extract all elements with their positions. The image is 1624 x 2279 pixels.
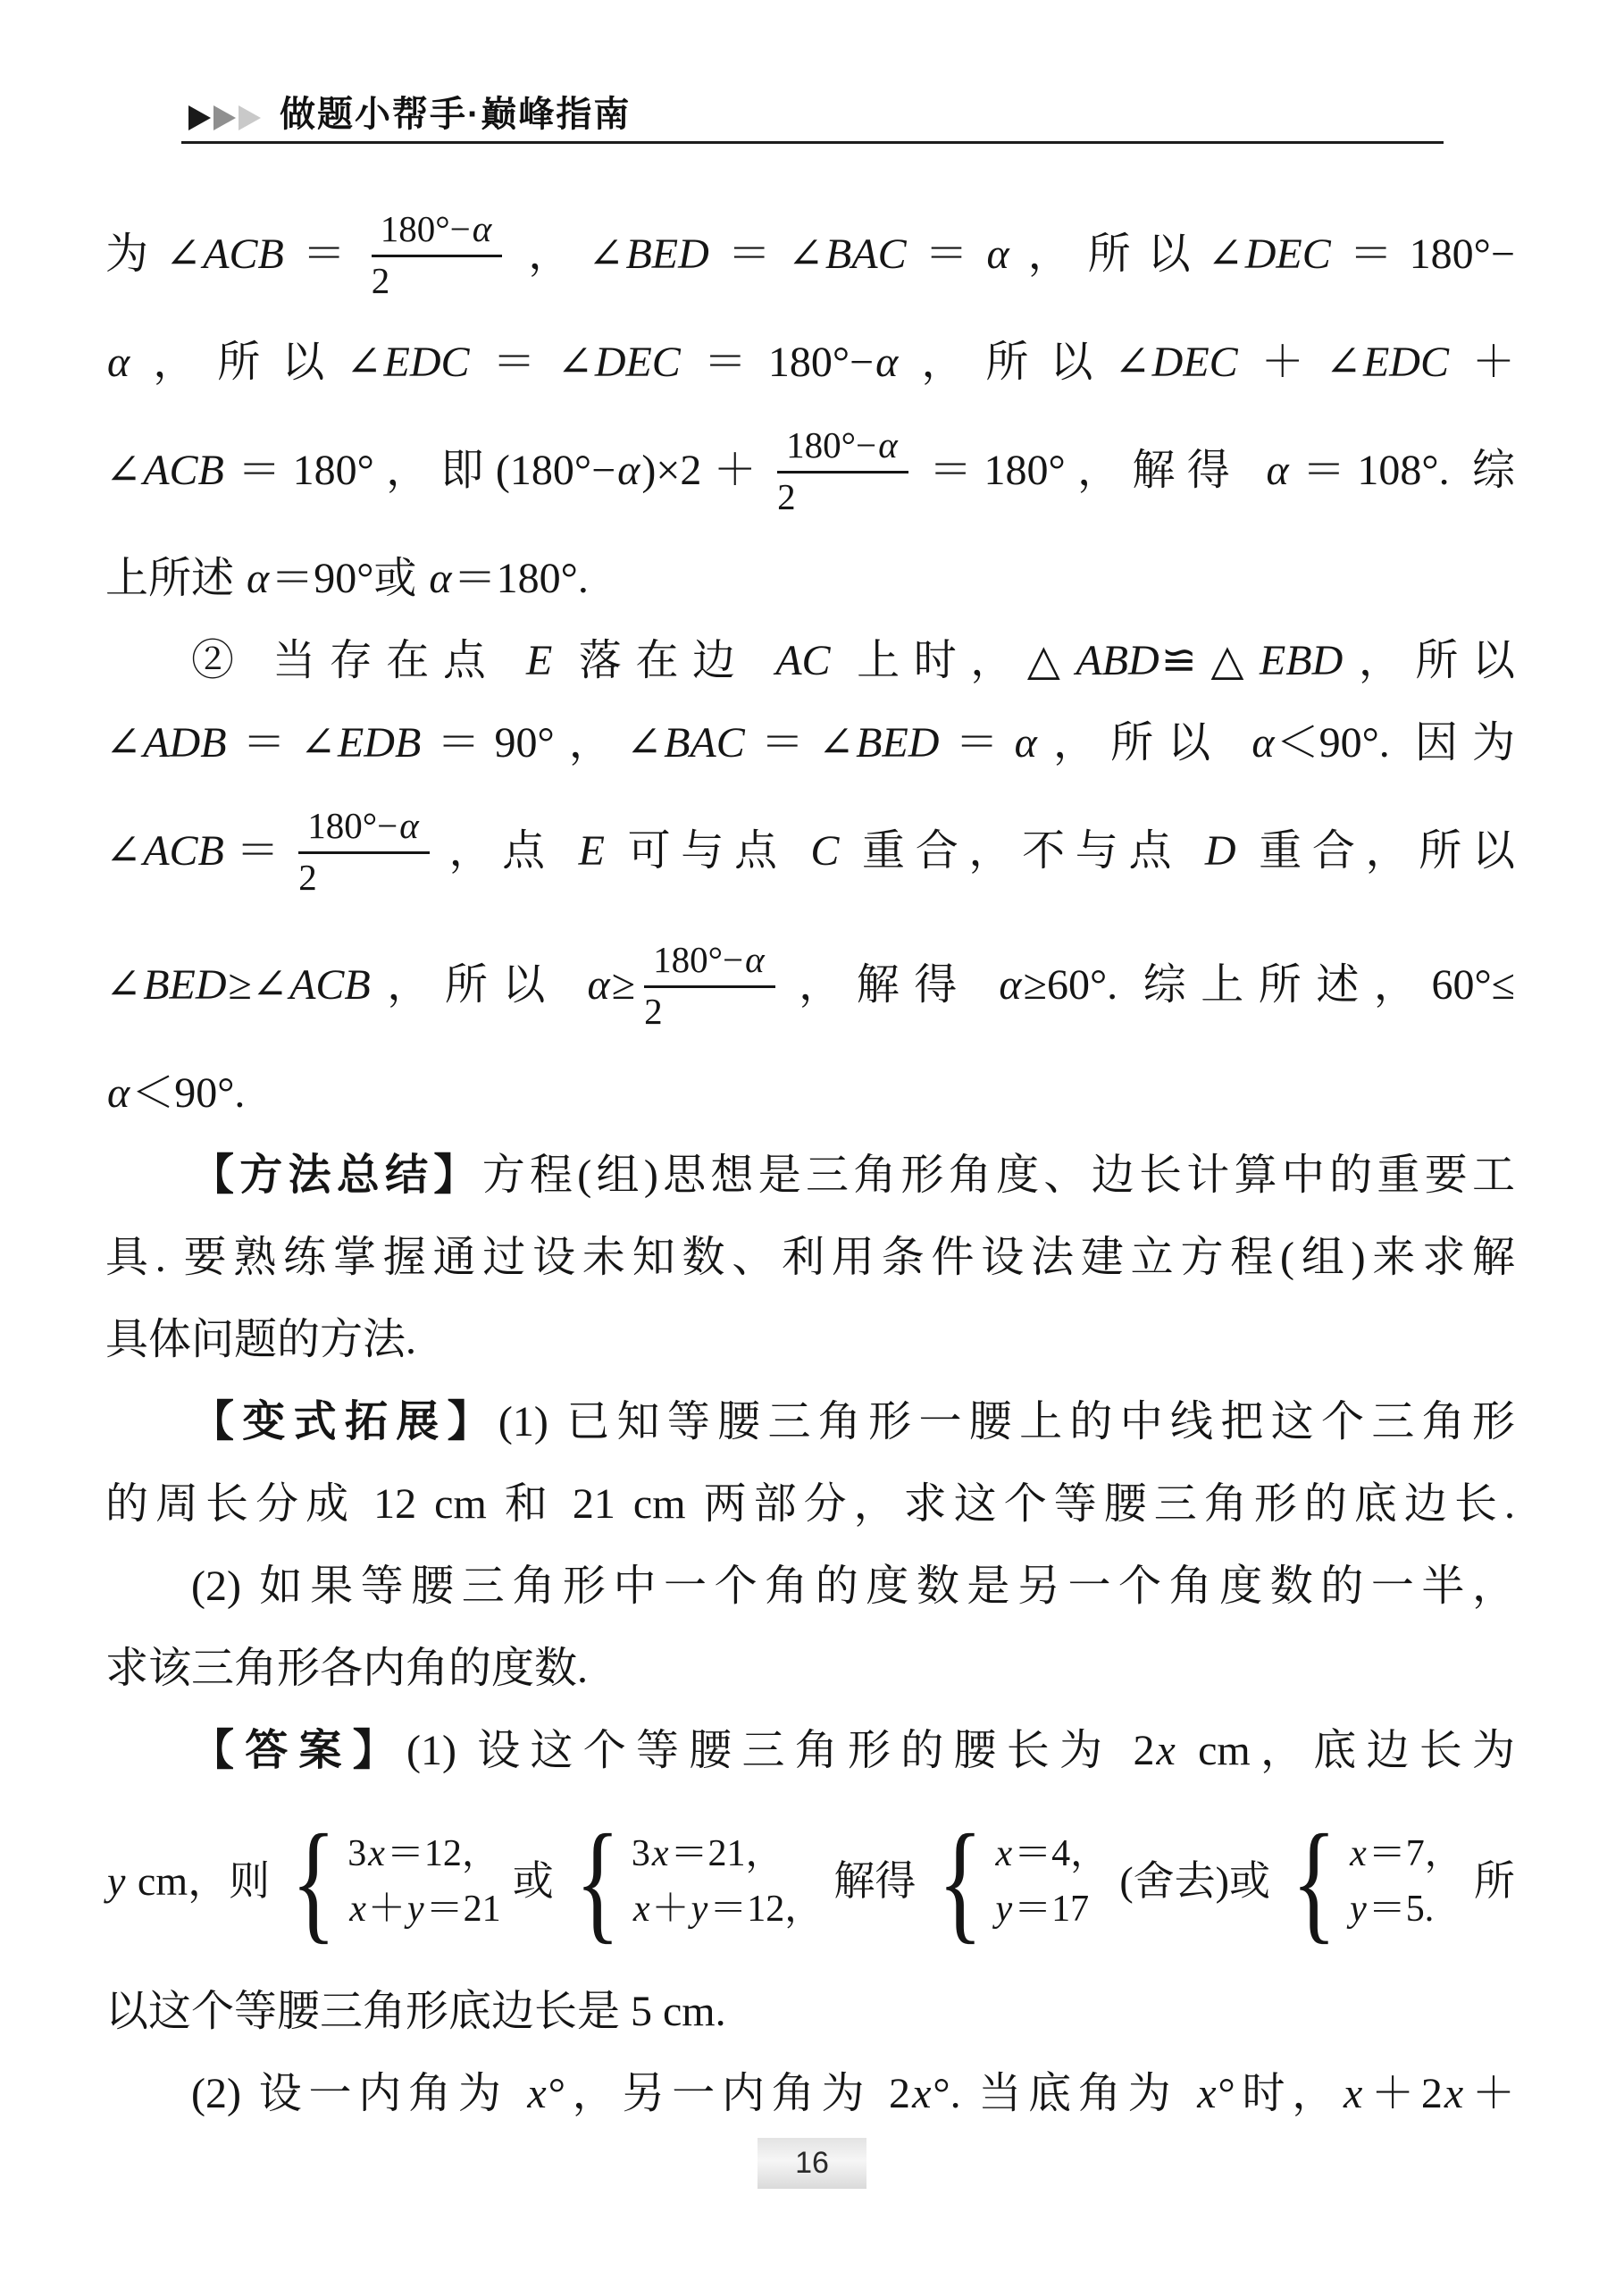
- text-segment: (2) 设一内角为 x°，另一内角为 2x°. 当底角为 x°时，x＋2x＋: [191, 2070, 1515, 2117]
- math-var: α: [471, 208, 494, 249]
- brace-icon: {: [291, 1822, 336, 1942]
- brace-icon: {: [1292, 1822, 1336, 1942]
- text-line-4: 上所述 α＝90°或 α＝180°.: [105, 538, 1515, 620]
- math-var: α: [874, 339, 900, 386]
- text-segment: ∠ADB＝∠EDB＝90°，∠BAC＝∠BED＝α，所以 α＜90°. 因为: [105, 719, 1515, 767]
- text-line-17: 【答案】(1) 设这个等腰三角形的腰长为 2x cm，底边长为: [105, 1710, 1515, 1792]
- math-var: x: [1195, 2070, 1218, 2117]
- fraction-denominator: 2: [372, 257, 503, 301]
- text-segment: 方程(组)思想是三角形角度、边长计算中的重要工: [482, 1152, 1515, 1199]
- text-line-15: (2) 如果等腰三角形中一个角的度数是另一个角度数的一半，: [105, 1546, 1515, 1628]
- text-segment: (1) 设这个等腰三角形的腰长为 2x cm，底边长为: [406, 1727, 1515, 1774]
- math-fraction: 180°−α2: [644, 938, 775, 1032]
- text-line-13: 【变式拓展】(1) 已知等腰三角形一腰上的中线把这个三角形: [105, 1381, 1515, 1463]
- page-header: 做题小帮手·巅峰指南: [0, 0, 1624, 145]
- math-var: E: [577, 827, 607, 875]
- math-var: EDB: [336, 719, 423, 767]
- text-line-14: 的周长分成 12 cm 和 21 cm 两部分，求这个等腰三角形的底边长.: [105, 1463, 1515, 1546]
- math-var: ADB: [141, 719, 228, 767]
- math-var: x: [347, 1889, 368, 1930]
- math-var: x: [650, 1833, 671, 1874]
- math-var: α: [1264, 447, 1290, 494]
- math-var: α: [1013, 719, 1039, 767]
- math-var: α: [105, 339, 131, 386]
- equation-row: x＋y＝12，: [632, 1889, 822, 1930]
- math-fraction: 180°−α2: [372, 207, 503, 301]
- fraction-numerator: 180°−α: [777, 423, 908, 473]
- math-var: BED: [141, 961, 228, 1009]
- math-var: EDC: [1361, 339, 1451, 386]
- math-var: α: [427, 555, 453, 602]
- math-var: C: [808, 827, 841, 875]
- math-var: DEC: [593, 339, 682, 386]
- equation-row: x＋y＝21: [347, 1889, 500, 1930]
- page-number-badge: 16: [758, 2138, 866, 2189]
- equation-row: 3x＝21，: [632, 1833, 822, 1874]
- math-var: BAC: [824, 230, 908, 278]
- text-segment: α，所以∠EDC＝∠DEC＝180°−α，所以∠DEC＋∠EDC＋: [105, 339, 1515, 386]
- math-var: y: [406, 1889, 426, 1930]
- math-var: DEC: [1243, 230, 1333, 278]
- text-segment: 具. 要熟练掌握通过设未知数、利用条件设法建立方程(组)来求解: [105, 1234, 1515, 1281]
- math-var: α: [245, 555, 271, 602]
- text-line-2: α，所以∠EDC＝∠DEC＝180°−α，所以∠DEC＋∠EDC＋: [105, 322, 1515, 404]
- text-segment: α＜90°.: [105, 1069, 245, 1117]
- header-arrows-icon: [188, 105, 264, 130]
- text-line-12: 具体问题的方法.: [105, 1299, 1515, 1381]
- text-line-8: ∠BED≥∠ACB，所以 α≥180°−α2，解得 α≥60°. 综上所述，60…: [105, 918, 1515, 1052]
- math-var: AC: [774, 637, 832, 684]
- header-rule: [181, 141, 1444, 144]
- section-label: 【变式拓展】: [191, 1398, 498, 1445]
- text-line-20: (2) 设一内角为 x°，另一内角为 2x°. 当底角为 x°时，x＋2x＋: [105, 2053, 1515, 2135]
- math-var: α: [876, 424, 900, 465]
- math-var: x: [1342, 2070, 1364, 2117]
- text-segment: (舍去)或: [1119, 1840, 1270, 1923]
- section-label: 【答案】: [191, 1727, 406, 1774]
- book-page: 做题小帮手·巅峰指南 为∠ACB＝180°−α2，∠BED＝∠BAC＝α，所以∠…: [0, 0, 1624, 2279]
- math-var: α: [1250, 719, 1276, 767]
- text-segment: ，点 E 可与点 C 重合，不与点 D 重合，所以: [439, 827, 1515, 875]
- fraction-denominator: 2: [644, 988, 775, 1032]
- math-var: y: [690, 1889, 710, 1930]
- text-line-6: ∠ADB＝∠EDB＝90°，∠BAC＝∠BED＝α，所以 α＜90°. 因为: [105, 702, 1515, 784]
- text-segment: ＝180°，解得 α＝108°. 综: [917, 447, 1515, 494]
- text-line-16: 求该三角形各内角的度数.: [105, 1628, 1515, 1710]
- fraction-denominator: 2: [298, 854, 430, 898]
- text-segment: ② 当存在点 E 落在边 AC 上时，△ABD≌△EBD，所以: [191, 637, 1515, 684]
- equation-row: x＝4，: [994, 1833, 1109, 1874]
- page-number: 16: [795, 2146, 829, 2181]
- equation-rows: 3x＝12，x＋y＝21: [347, 1833, 500, 1930]
- math-var: ACB: [201, 230, 286, 278]
- text-segment: ，解得 α≥60°. 综上所述，60°≤: [784, 961, 1515, 1009]
- math-var: ABD: [1074, 637, 1160, 684]
- equation-row: x＝7，: [1348, 1833, 1462, 1874]
- math-var: DEC: [1151, 339, 1240, 386]
- text-segment: 所: [1474, 1840, 1515, 1923]
- math-var: EDC: [382, 339, 472, 386]
- equation-rows: x＝7，y＝5.: [1348, 1833, 1462, 1930]
- text-segment: 的周长分成 12 cm 和 21 cm 两部分，求这个等腰三角形的底边长.: [105, 1480, 1515, 1528]
- text-line-5: ② 当存在点 E 落在边 AC 上时，△ABD≌△EBD，所以: [105, 620, 1515, 702]
- math-var: x: [994, 1833, 1015, 1874]
- math-var: BAC: [662, 719, 747, 767]
- equation-system: {3x＝12，x＋y＝21: [281, 1822, 500, 1942]
- text-line-18: y cm，则{3x＝12，x＋y＝21或{3x＝21，x＋y＝12，解得{x＝4…: [105, 1792, 1515, 1971]
- math-var: ACB: [141, 447, 226, 494]
- arrow-triangle-icon: [239, 105, 261, 130]
- math-var: y: [994, 1889, 1015, 1930]
- math-var: α: [105, 1069, 131, 1117]
- equation-rows: 3x＝21，x＋y＝12，: [632, 1833, 822, 1930]
- math-var: EBD: [1258, 637, 1344, 684]
- math-var: x: [525, 2070, 548, 2117]
- text-segment: y cm，则: [105, 1840, 270, 1923]
- text-line-7: ∠ACB＝180°−α2，点 E 可与点 C 重合，不与点 D 重合，所以: [105, 784, 1515, 918]
- text-segment: 具体问题的方法.: [105, 1316, 416, 1363]
- fraction-denominator: 2: [777, 473, 908, 517]
- text-line-10: 【方法总结】方程(组)思想是三角形角度、边长计算中的重要工: [105, 1135, 1515, 1217]
- text-line-19: 以这个等腰三角形底边长是 5 cm.: [105, 1971, 1515, 2053]
- math-fraction: 180°−α2: [777, 423, 908, 517]
- fraction-numerator: 180°−α: [372, 207, 503, 257]
- math-var: x: [1155, 1727, 1177, 1774]
- text-line-1: 为∠ACB＝180°−α2，∠BED＝∠BAC＝α，所以∠DEC＝180°−: [105, 188, 1515, 322]
- text-line-9: α＜90°.: [105, 1052, 1515, 1135]
- math-var: x: [910, 2070, 933, 2117]
- math-var: BED: [624, 230, 710, 278]
- text-segment: ∠ACB＝180°，即(180°−α)×2＋: [105, 447, 768, 494]
- equation-row: y＝17: [994, 1889, 1109, 1930]
- math-var: E: [524, 637, 554, 684]
- text-segment: 或: [513, 1840, 554, 1923]
- text-segment: 解得: [833, 1840, 916, 1923]
- text-segment: 以这个等腰三角形底边长是 5 cm.: [105, 1988, 726, 2035]
- math-var: D: [1203, 827, 1238, 875]
- math-var: α: [985, 230, 1011, 278]
- fraction-numerator: 180°−α: [644, 938, 775, 988]
- text-segment: 求该三角形各内角的度数.: [105, 1645, 588, 1692]
- text-segment: ，∠BED＝∠BAC＝α，所以∠DEC＝180°−: [511, 230, 1515, 278]
- math-var: α: [615, 447, 641, 494]
- fraction-numerator: 180°−α: [298, 804, 430, 854]
- text-line-11: 具. 要熟练掌握通过设未知数、利用条件设法建立方程(组)来求解: [105, 1217, 1515, 1299]
- text-segment: (2) 如果等腰三角形中一个角的度数是另一个角度数的一半，: [191, 1563, 1515, 1610]
- arrow-triangle-icon: [213, 105, 236, 130]
- math-var: BED: [854, 719, 941, 767]
- equation-system: {x＝7，y＝5.: [1282, 1822, 1462, 1942]
- equation-system: {x＝4，y＝17: [928, 1822, 1109, 1942]
- equation-row: y＝5.: [1348, 1889, 1462, 1930]
- math-var: α: [997, 961, 1023, 1009]
- math-var: α: [398, 805, 421, 846]
- equation-rows: x＝4，y＝17: [994, 1833, 1109, 1930]
- math-var: α: [743, 939, 766, 980]
- arrow-triangle-icon: [188, 105, 211, 130]
- math-var: α: [586, 961, 612, 1009]
- equation-system: {3x＝21，x＋y＝12，: [565, 1822, 822, 1942]
- math-var: x: [632, 1889, 652, 1930]
- math-var: x: [1443, 2070, 1465, 2117]
- equation-row: 3x＝12，: [347, 1833, 500, 1874]
- math-var: x: [1348, 1833, 1369, 1874]
- math-fraction: 180°−α2: [298, 804, 430, 898]
- section-label: 【方法总结】: [191, 1152, 482, 1199]
- text-line-3: ∠ACB＝180°，即(180°−α)×2＋180°−α2＝180°，解得 α＝…: [105, 404, 1515, 538]
- math-var: ACB: [141, 827, 226, 875]
- text-segment: (1) 已知等腰三角形一腰上的中线把这个三角形: [498, 1398, 1515, 1445]
- text-segment: ∠ACB＝: [105, 827, 289, 875]
- content: 为∠ACB＝180°−α2，∠BED＝∠BAC＝α，所以∠DEC＝180°−α，…: [0, 145, 1624, 2135]
- brace-icon: {: [937, 1822, 982, 1942]
- math-var: y: [105, 1858, 127, 1904]
- page-header-title: 做题小帮手·巅峰指南: [280, 96, 631, 132]
- text-segment: 为∠ACB＝: [105, 230, 363, 278]
- text-segment: 上所述 α＝90°或 α＝180°.: [105, 555, 589, 602]
- math-var: ACB: [288, 961, 373, 1009]
- brace-icon: {: [575, 1822, 620, 1942]
- math-var: y: [1348, 1889, 1369, 1930]
- text-segment: ∠BED≥∠ACB，所以 α≥: [105, 961, 635, 1009]
- math-var: x: [366, 1833, 387, 1874]
